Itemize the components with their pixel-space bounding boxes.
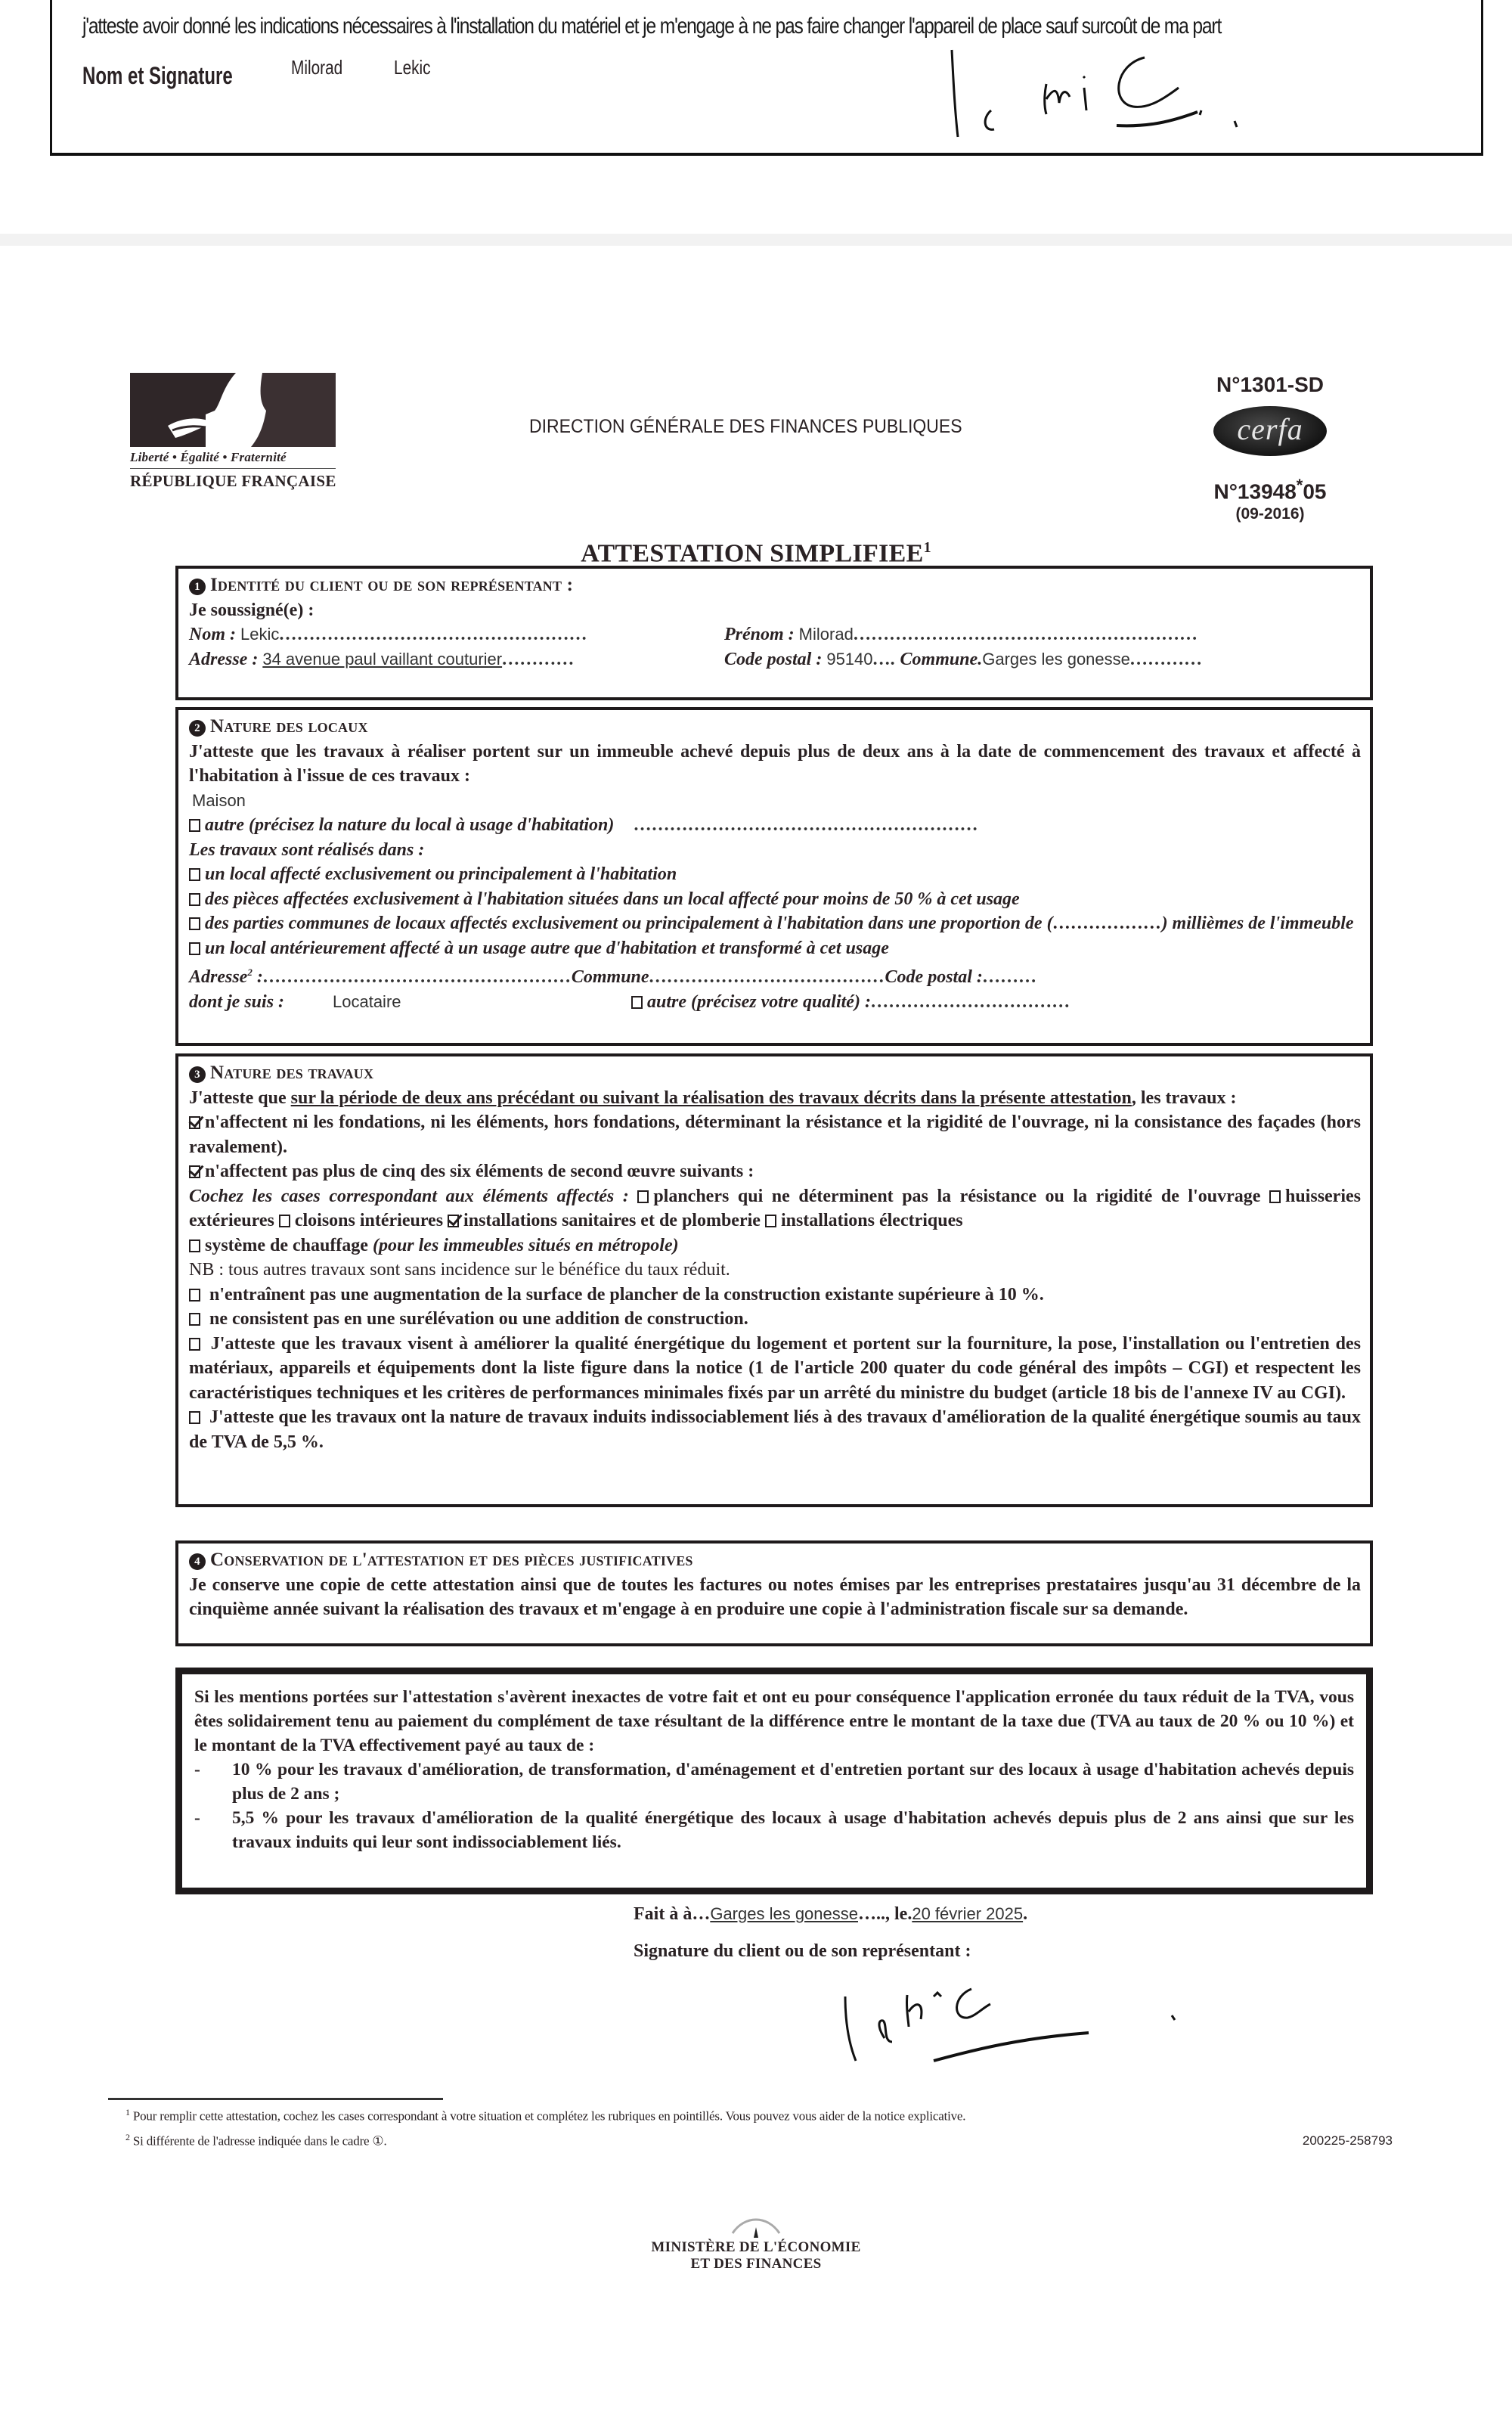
republic-name: RÉPUBLIQUE FRANÇAISE (130, 472, 336, 491)
nb-note: NB : tous autres travaux sont sans incid… (189, 1258, 1361, 1283)
checkbox-interior-partitions[interactable] (279, 1215, 290, 1227)
signature-icon (944, 42, 1383, 141)
document-reference: 200225-258793 (1303, 2133, 1393, 2149)
footnote-1: 1 Pour remplir cette attestation, cochez… (125, 2107, 965, 2124)
checkbox-heating[interactable] (189, 1239, 200, 1252)
checkbox-other-quality[interactable] (631, 996, 643, 1009)
local-type-field[interactable]: Maison (189, 789, 1361, 814)
section-client-identity: 1Identité du client ou de son représenta… (175, 566, 1373, 700)
form-identifiers: N°1301-SD cerfa N°13948*05 (09-2016) (1179, 373, 1361, 523)
checkbox-exterior-joinery[interactable] (1269, 1190, 1281, 1203)
form-number: N°1301-SD (1179, 373, 1361, 397)
checkbox-floors[interactable] (637, 1190, 649, 1203)
premises-statement: J'atteste que les travaux à réaliser por… (189, 740, 1361, 789)
footnote-2: 2 Si différente de l'adresse indiquée da… (125, 2132, 387, 2149)
warning-bullet: -10 % pour les travaux d'amélioration, d… (194, 1758, 1354, 1806)
checkbox-other-local[interactable] (189, 819, 200, 832)
first-name-value: Milorad (291, 56, 342, 79)
installation-attestation-text: j'atteste avoir donné les indications né… (82, 14, 1221, 39)
name-signature-label: Nom et Signature (82, 62, 233, 90)
commune-field[interactable]: Garges les gonesse (982, 650, 1130, 669)
section-number-icon: 2 (189, 720, 206, 737)
checkbox-item3[interactable] (189, 1289, 200, 1302)
option-row: des parties communes de locaux affectés … (189, 911, 1361, 936)
option-row: un local antérieurement affecté à un usa… (189, 936, 1361, 961)
place-date-line: Fait à à…Garges les gonesse….., le.20 fé… (634, 1904, 1027, 1925)
occupant-status-field[interactable]: Locataire (333, 990, 631, 1015)
place-field[interactable]: Garges les gonesse (710, 1904, 858, 1923)
option-row: un local affecté exclusivement ou princi… (189, 862, 1361, 887)
retention-text: Je conserve une copie de cette attestati… (189, 1573, 1361, 1622)
ministry-arc-icon (730, 2212, 782, 2239)
checkbox-item2[interactable] (189, 1165, 200, 1178)
checkbox-plumbing[interactable] (448, 1215, 459, 1227)
vat-warning-box: Si les mentions portées sur l'attestatio… (175, 1668, 1373, 1894)
last-name-field[interactable]: Lekic (240, 625, 279, 644)
last-name-value: Lekic (394, 56, 431, 79)
signature-icon (839, 1966, 1202, 2065)
page-separator (0, 234, 1512, 246)
client-signature-label: Signature du client ou de son représenta… (634, 1941, 971, 1962)
section-document-retention: 4Conservation de l'attestation et des pi… (175, 1540, 1373, 1646)
checkbox-option[interactable] (189, 868, 200, 881)
republic-motto: Liberté • Égalité • Fraternité (130, 450, 336, 469)
checkbox-item5[interactable] (189, 1338, 200, 1351)
page-title: ATTESTATION SIMPLIFIEE1 (0, 539, 1512, 568)
section-works-type: 3Nature des travaux J'atteste que sur la… (175, 1053, 1373, 1507)
checkbox-item1[interactable] (189, 1116, 200, 1129)
footnote-divider (108, 2098, 443, 2100)
option-row: des pièces affectées exclusivement à l'h… (189, 887, 1361, 912)
ministry-name-line2: ET DES FINANCES (0, 2256, 1512, 2273)
agency-name: DIRECTION GÉNÉRALE DES FINANCES PUBLIQUE… (529, 416, 962, 438)
republique-francaise-logo: Liberté • Égalité • Fraternité RÉPUBLIQU… (130, 373, 336, 491)
checkbox-electrical[interactable] (765, 1215, 776, 1227)
address-field[interactable]: 34 avenue paul vaillant couturier (262, 650, 502, 669)
cerfa-logo-icon: cerfa (1213, 406, 1327, 456)
equipment-installation-attestation: j'atteste avoir donné les indications né… (50, 0, 1483, 156)
intro-label: Je soussigné(e) : (189, 598, 1361, 623)
ministry-name-line1: MINISTÈRE DE L'ÉCONOMIE (0, 2239, 1512, 2256)
checkbox-item4[interactable] (189, 1313, 200, 1326)
warning-bullet: -5,5 % pour les travaux d'amélioration d… (194, 1806, 1354, 1854)
postal-code-field[interactable]: 95140 (826, 650, 872, 669)
section-number-icon: 1 (189, 579, 206, 595)
checkbox-option[interactable] (189, 893, 200, 906)
cerfa-number: N°13948*05 (1179, 476, 1361, 504)
cerfa-attestation-page: Liberté • Égalité • Fraternité RÉPUBLIQU… (0, 246, 1512, 2420)
section-premises-type: 2Nature des locaux J'atteste que les tra… (175, 707, 1373, 1046)
section-number-icon: 4 (189, 1553, 206, 1570)
date-field[interactable]: 20 février 2025 (912, 1904, 1023, 1923)
ministry-logo: MINISTÈRE DE L'ÉCONOMIE ET DES FINANCES (0, 2212, 1512, 2273)
checkbox-option[interactable] (189, 942, 200, 955)
checkbox-option[interactable] (189, 917, 200, 930)
warning-text: Si les mentions portées sur l'attestatio… (194, 1685, 1354, 1758)
section-heading: 1Identité du client ou de son représenta… (189, 573, 1361, 598)
form-edition: (09-2016) (1179, 505, 1361, 523)
section-number-icon: 3 (189, 1066, 206, 1083)
marianne-logo-icon (130, 373, 336, 447)
checkbox-item6[interactable] (189, 1411, 200, 1424)
first-name-field[interactable]: Milorad (799, 625, 854, 644)
